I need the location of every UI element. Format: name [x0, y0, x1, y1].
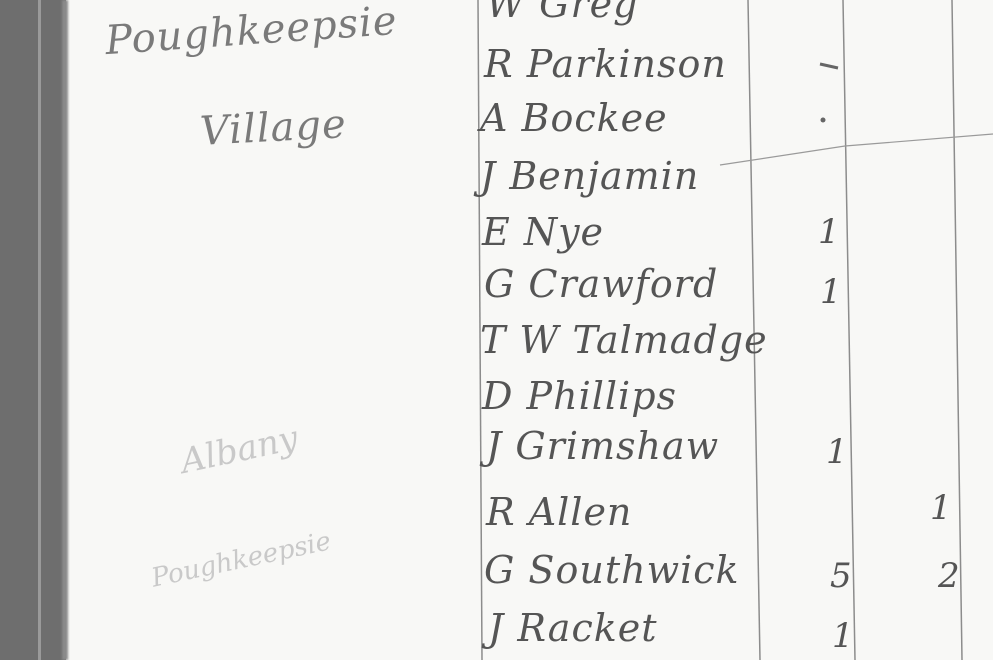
row-count-col1: 5 [830, 556, 853, 596]
row-name: J Benjamin [480, 154, 699, 198]
row-count-col1: 1 [832, 616, 855, 656]
row-name: J Racket [488, 606, 658, 650]
row-count-col2: 1 [930, 488, 953, 528]
row-name: T W Talmadge [480, 318, 768, 362]
row-name: A Bockee [480, 96, 668, 140]
row-name: R Parkinson [484, 42, 727, 86]
row-name: E Nye [482, 210, 604, 254]
row-name: J Grimshaw [486, 424, 719, 468]
row-name: W Greg [486, 0, 638, 26]
ledger-page: Poughkeepsie Village Albany Poughkeepsie… [0, 0, 993, 660]
row-count-col1: 1 [818, 212, 841, 252]
row-count-col1: 1 [820, 272, 843, 312]
row-name: G Southwick [484, 548, 740, 592]
row-count-col1: 1 [826, 432, 849, 472]
row-name: G Crawford [484, 262, 718, 306]
row-name: D Phillips [482, 374, 677, 418]
row-count-col2: 2 [938, 556, 961, 596]
row-name: R Allen [486, 490, 632, 534]
place-subtitle: Village [199, 101, 348, 155]
